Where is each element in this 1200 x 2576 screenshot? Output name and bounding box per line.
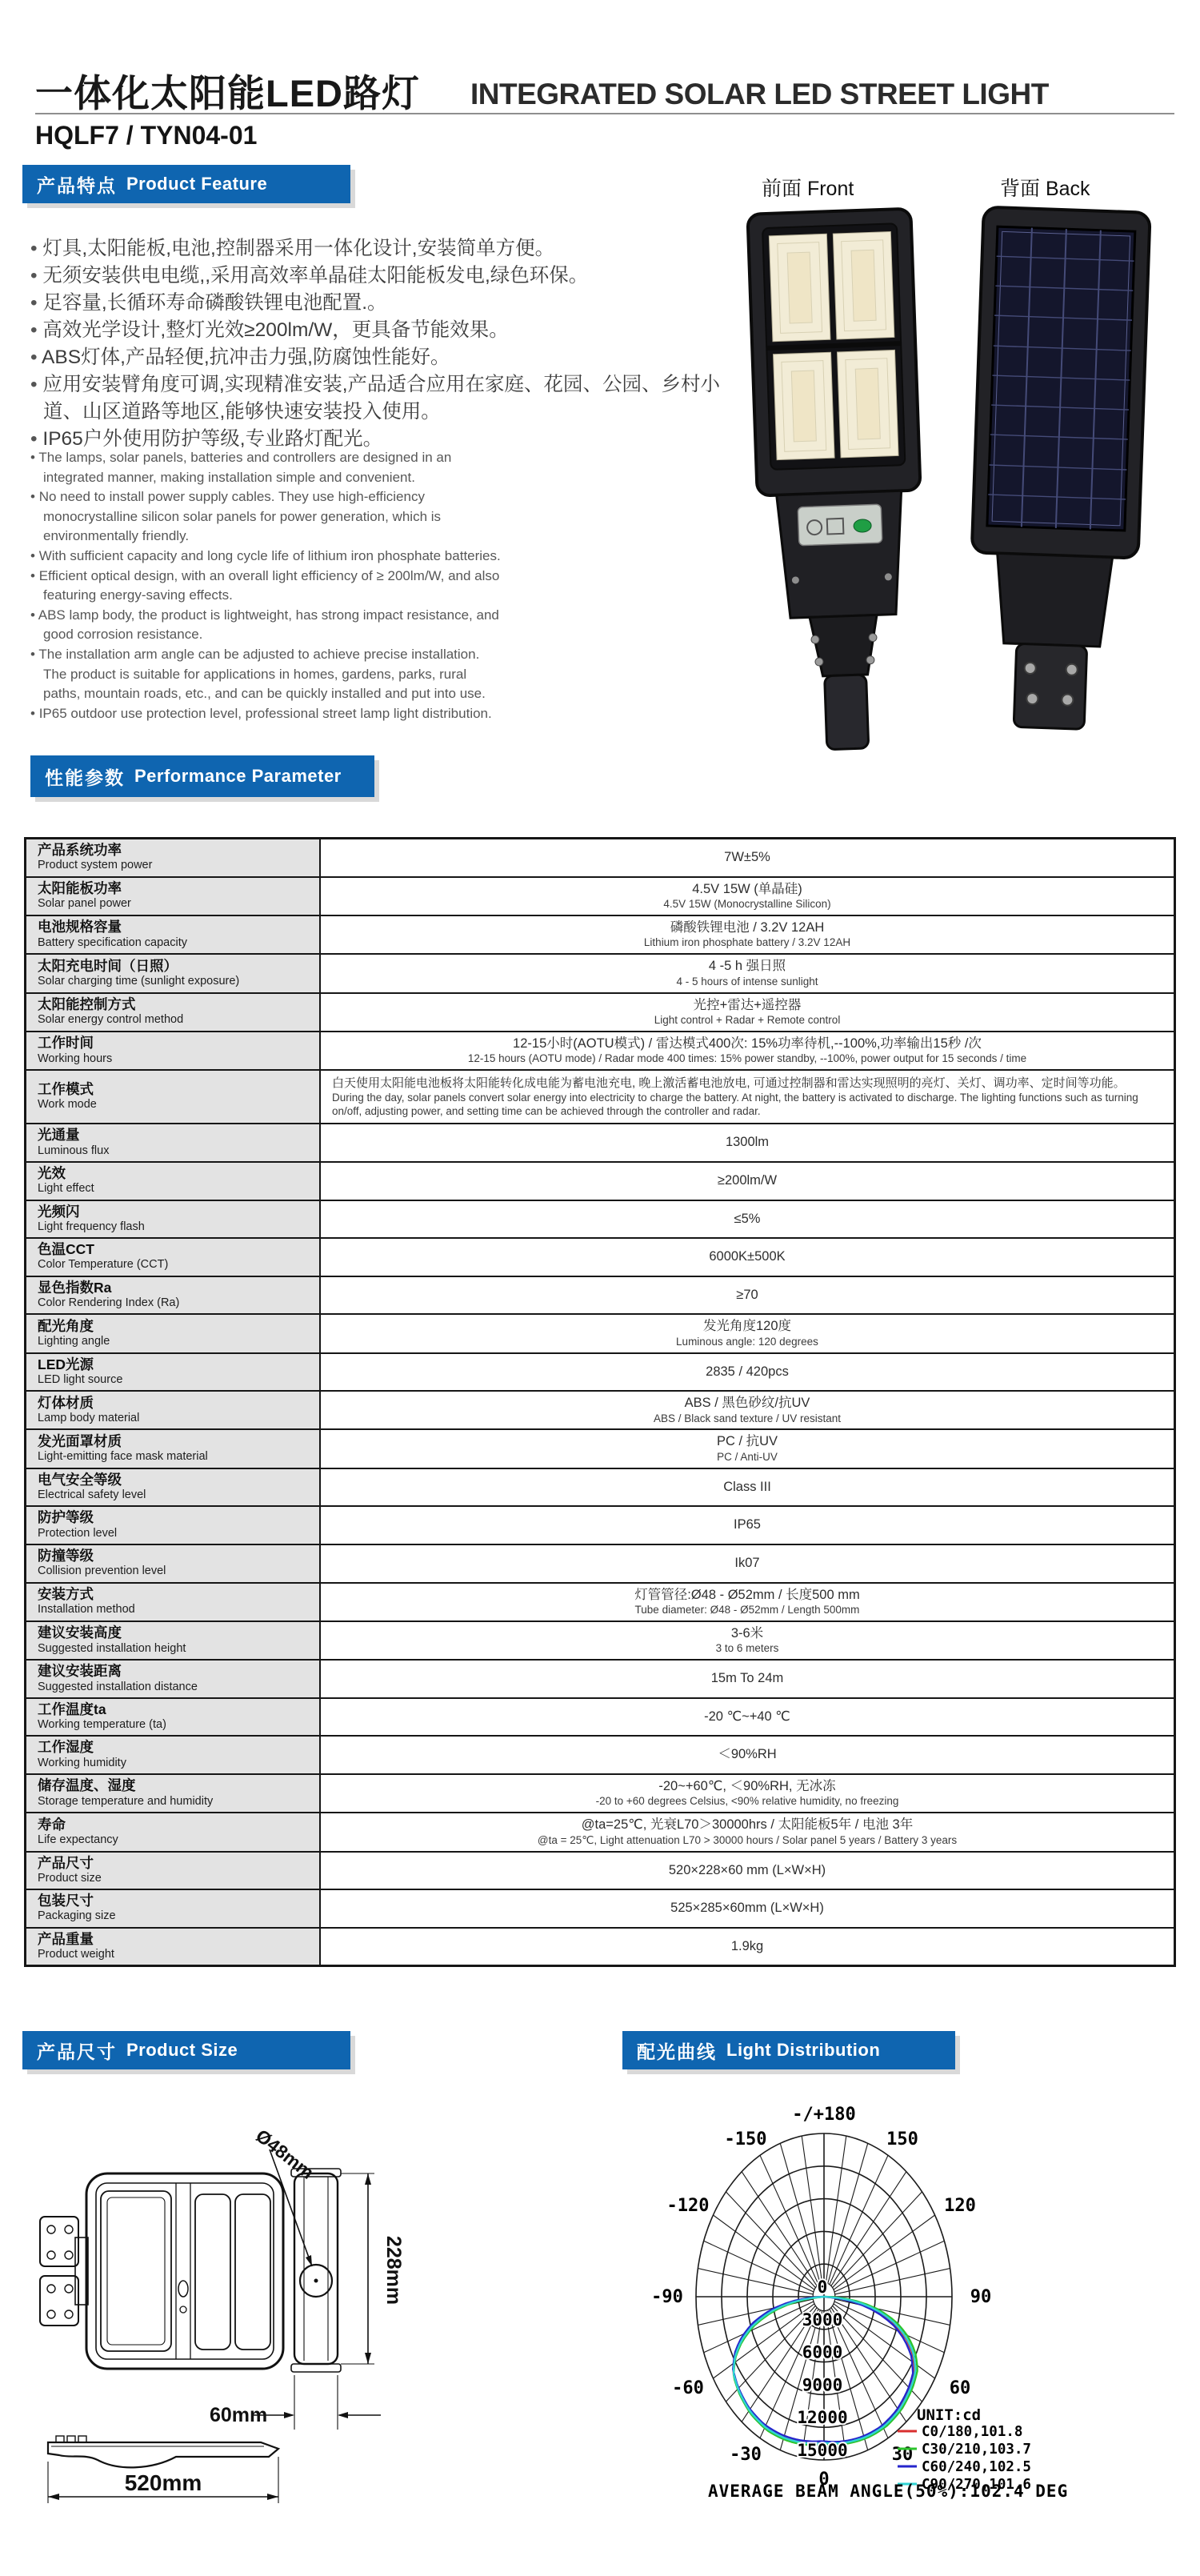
param-value-line: 1300lm [726, 1134, 769, 1151]
param-value-line: @ta=25℃, 光衰L70＞30000hrs / 太阳能板5年 / 电池 3年 [582, 1817, 913, 1833]
param-row: 色温CCTColor Temperature (CCT)6000K±500K [26, 1237, 1174, 1276]
parameter-table: 产品系统功率Product system power7W±5%太阳能板功率Sol… [24, 837, 1176, 1967]
param-label-cell: 储存温度、湿度Storage temperature and humidity [26, 1775, 321, 1812]
legend-title: UNIT:cd [917, 2406, 981, 2424]
param-label-en: Light effect [38, 1182, 310, 1195]
param-row: 光频闪Light frequency flash≤5% [26, 1200, 1174, 1238]
param-value-line: ABS / Black sand texture / UV resistant [654, 1412, 841, 1426]
param-value-cell: 7W±5% [321, 839, 1174, 876]
banner-feature-en: Product Feature [126, 174, 267, 194]
param-label-en: Luminous flux [38, 1144, 310, 1157]
param-label-cell: 灯体材质Lamp body material [26, 1392, 321, 1428]
param-label-en: Working temperature (ta) [38, 1718, 310, 1731]
section-banner-distribution: 配光曲线 Light Distribution [622, 2031, 955, 2069]
param-label-cell: 显色指数RaColor Rendering Index (Ra) [26, 1277, 321, 1314]
feature-item: Efficient optical design, with an overal… [30, 567, 506, 606]
param-value-cell: 3-6米3 to 6 meters [321, 1622, 1174, 1659]
control-label [798, 504, 882, 546]
angle-label: 90 [970, 2287, 992, 2307]
feature-item: No need to install power supply cables. … [30, 487, 506, 547]
param-value-cell: ABS / 黑色砂纹/抗UVABS / Black sand texture /… [321, 1392, 1174, 1428]
param-row: 显色指数RaColor Rendering Index (Ra)≥70 [26, 1276, 1174, 1314]
param-value-line: 2835 / 420pcs [706, 1364, 789, 1380]
datasheet-page: { "header": { "title_zh": "一体化太阳能LED路灯",… [0, 0, 1200, 2576]
angle-label: 150 [886, 2129, 918, 2149]
param-label-en: Color Rendering Index (Ra) [38, 1296, 310, 1309]
param-row: 电气安全等级Electrical safety levelClass III [26, 1468, 1174, 1506]
legend-entry: C60/240,102.5 [922, 2459, 1031, 2475]
param-value-line: 15m To 24m [711, 1670, 784, 1687]
param-label-zh: 太阳能板功率 [38, 880, 310, 897]
param-label-cell: 配光角度Lighting angle [26, 1315, 321, 1352]
param-label-en: Life expectancy [38, 1833, 310, 1846]
param-value-line: 磷酸铁锂电池 / 3.2V 12AH [670, 919, 825, 936]
param-label-en: LED light source [38, 1373, 310, 1386]
feature-item: The lamps, solar panels, batteries and c… [30, 448, 506, 487]
param-label-cell: 电池规格容量Battery specification capacity [26, 916, 321, 953]
param-row: 产品尺寸Product size520×228×60 mm (L×W×H) [26, 1851, 1174, 1889]
param-row: 储存温度、湿度Storage temperature and humidity-… [26, 1773, 1174, 1812]
param-value-cell: -20 ℃~+40 ℃ [321, 1699, 1174, 1736]
features-zh-list: 灯具,太阳能板,电池,控制器采用一体化设计,安装简单方便。无须安装供电电缆,,采… [30, 235, 734, 453]
param-label-cell: 建议安装高度Suggested installation height [26, 1622, 321, 1659]
radial-tick-label: 6000 [802, 2343, 843, 2362]
param-label-en: Lamp body material [38, 1412, 310, 1424]
param-row: 防撞等级Collision prevention levelIk07 [26, 1544, 1174, 1582]
param-label-cell: 防撞等级Collision prevention level [26, 1545, 321, 1582]
legend-entry: C30/210,103.7 [922, 2442, 1031, 2458]
param-label-zh: 寿命 [38, 1817, 310, 1833]
param-label-cell: 寿命Life expectancy [26, 1813, 321, 1850]
param-value-line: -20 ℃~+40 ℃ [704, 1709, 790, 1725]
feature-item: With sufficient capacity and long cycle … [30, 547, 506, 567]
param-label-zh: 电池规格容量 [38, 919, 310, 935]
param-value-line: 1.9kg [731, 1938, 763, 1955]
param-value-line: Tube diameter: Ø48 - Ø52mm / Length 500m… [635, 1604, 860, 1617]
param-label-en: Working hours [38, 1052, 310, 1065]
back-view-label: 背面 Back [1000, 173, 1090, 202]
param-value-cell: ≤5% [321, 1201, 1174, 1238]
param-value-cell: 发光角度120度Luminous angle: 120 degrees [321, 1315, 1174, 1352]
param-label-cell: 太阳能板功率Solar panel power [26, 878, 321, 915]
banner-performance-en: Performance Parameter [134, 766, 342, 787]
param-value-cell: 15m To 24m [321, 1661, 1174, 1697]
param-label-cell: 工作温度taWorking temperature (ta) [26, 1699, 321, 1736]
param-value-line: 4.5V 15W (Monocrystalline Silicon) [663, 898, 830, 911]
dim-label-height: 228mm [382, 2236, 405, 2305]
param-value-line: @ta = 25℃, Light attenuation L70 > 30000… [538, 1834, 957, 1848]
feature-item: 灯具,太阳能板,电池,控制器采用一体化设计,安装简单方便。 [30, 235, 734, 262]
param-value-cell: 6000K±500K [321, 1239, 1174, 1276]
param-row: 建议安装距离Suggested installation distance15m… [26, 1659, 1174, 1697]
param-value-line: PC / Anti-UV [717, 1451, 778, 1464]
front-view-label: 前面 Front [762, 173, 854, 202]
param-label-en: Protection level [38, 1527, 310, 1540]
param-label-cell: 太阳能控制方式Solar energy control method [26, 994, 321, 1031]
param-label-cell: 产品重量Product weight [26, 1929, 321, 1965]
param-label-zh: 太阳充电时间（日照） [38, 958, 310, 975]
param-row: 太阳充电时间（日照）Solar charging time (sunlight … [26, 953, 1174, 992]
param-row: LED光源LED light source2835 / 420pcs [26, 1352, 1174, 1391]
solar-panel [987, 226, 1135, 531]
param-value-line: Class III [723, 1479, 771, 1496]
param-label-en: Light-emitting face mask material [38, 1450, 310, 1463]
radial-tick-label: 15000 [797, 2441, 847, 2460]
radial-tick-label: 0 [818, 2278, 828, 2297]
param-row: 产品系统功率Product system power7W±5% [26, 839, 1174, 876]
param-value-line: 520×228×60 mm (L×W×H) [669, 1862, 826, 1879]
param-label-zh: 电气安全等级 [38, 1472, 310, 1488]
param-value-line: 7W±5% [724, 849, 770, 866]
param-label-en: Solar energy control method [38, 1013, 310, 1026]
back-view-photo [954, 198, 1162, 759]
param-label-zh: 光效 [38, 1165, 310, 1182]
param-label-cell: 工作模式Work mode [26, 1071, 321, 1123]
param-row: 电池规格容量Battery specification capacity磷酸铁锂… [26, 915, 1174, 953]
param-value-cell: 1.9kg [321, 1929, 1174, 1965]
param-label-cell: 光效Light effect [26, 1163, 321, 1200]
param-value-line: 4.5V 15W (单晶硅) [692, 881, 802, 898]
param-label-en: Light frequency flash [38, 1220, 310, 1233]
param-label-cell: 防护等级Protection level [26, 1507, 321, 1544]
param-label-zh: 储存温度、湿度 [38, 1777, 310, 1794]
param-label-cell: 产品尺寸Product size [26, 1853, 321, 1889]
param-label-zh: 包装尺寸 [38, 1893, 310, 1909]
param-value-line: 光控+雷达+遥控器 [694, 997, 802, 1014]
param-label-cell: 色温CCTColor Temperature (CCT) [26, 1239, 321, 1276]
param-label-cell: LED光源LED light source [26, 1354, 321, 1391]
param-label-zh: LED光源 [38, 1356, 310, 1373]
param-value-cell: 12-15小时(AOTU模式) / 雷达模式400次: 15%功率待机,--10… [321, 1032, 1174, 1069]
param-value-cell: 灯管管径:Ø48 - Ø52mm / 长度500 mmTube diameter… [321, 1584, 1174, 1621]
param-label-en: Color Temperature (CCT) [38, 1258, 310, 1271]
param-label-en: Working humidity [38, 1757, 310, 1769]
param-value-cell: ≥70 [321, 1277, 1174, 1314]
param-label-en: Work mode [38, 1098, 310, 1111]
param-label-en: Product system power [38, 859, 310, 871]
param-row: 工作模式Work mode白天使用太阳能电池板将太阳能转化成电能为蓄电池充电, … [26, 1069, 1174, 1123]
angle-label: 60 [950, 2378, 971, 2398]
param-label-zh: 工作模式 [38, 1081, 310, 1098]
param-label-zh: 发光面罩材质 [38, 1433, 310, 1450]
param-label-en: Suggested installation distance [38, 1681, 310, 1693]
param-value-line: PC / 抗UV [717, 1433, 778, 1450]
param-label-cell: 太阳充电时间（日照）Solar charging time (sunlight … [26, 955, 321, 992]
angle-label: -90 [651, 2287, 683, 2307]
param-row: 寿命Life expectancy@ta=25℃, 光衰L70＞30000hrs… [26, 1812, 1174, 1850]
param-value-line: 灯管管径:Ø48 - Ø52mm / 长度500 mm [634, 1587, 859, 1604]
page-title-zh: 一体化太阳能LED路灯 [35, 64, 420, 118]
header-rule [35, 113, 1174, 114]
param-label-en: Product size [38, 1872, 310, 1885]
dim-label-length: 520mm [125, 2470, 202, 2495]
param-label-cell: 建议安装距离Suggested installation distance [26, 1661, 321, 1697]
feature-item: 足容量,长循环寿命磷酸铁锂电池配置.。 [30, 290, 734, 317]
param-value-cell: 2835 / 420pcs [321, 1354, 1174, 1391]
size-drawing: Ø48mm 228mm 60mm 520mm [24, 2097, 584, 2561]
dim-label-depth: 60mm [210, 2404, 267, 2426]
page-title-en: INTEGRATED SOLAR LED STREET LIGHT [470, 78, 1049, 111]
feature-item: 无须安装供电电缆,,采用高效率单晶硅太阳能板发电,绿色环保。 [30, 262, 734, 290]
feature-item: ABS lamp body, the product is lightweigh… [30, 606, 506, 645]
param-value-line: 12-15小时(AOTU模式) / 雷达模式400次: 15%功率待机,--10… [513, 1036, 982, 1052]
param-label-en: Installation method [38, 1603, 310, 1616]
angle-label: 120 [944, 2196, 976, 2216]
param-label-zh: 建议安装距离 [38, 1663, 310, 1680]
param-value-line: 12-15 hours (AOTU mode) / Radar mode 400… [468, 1052, 1026, 1066]
param-label-cell: 包装尺寸Packaging size [26, 1890, 321, 1927]
param-value-line: -20 to +60 degrees Celsius, <90% relativ… [596, 1795, 899, 1809]
param-label-en: Product weight [38, 1948, 310, 1961]
param-label-en: Packaging size [38, 1909, 310, 1922]
param-value-line: ≤5% [734, 1211, 761, 1228]
param-value-line: 4 - 5 hours of intense sunlight [676, 976, 818, 989]
feature-item: The installation arm angle can be adjust… [30, 645, 506, 704]
param-label-zh: 工作温度ta [38, 1701, 310, 1718]
param-value-line: ABS / 黑色砂纹/抗UV [685, 1395, 810, 1412]
param-label-cell: 光频闪Light frequency flash [26, 1201, 321, 1238]
param-value-cell: 光控+雷达+遥控器Light control + Radar + Remote … [321, 994, 1174, 1031]
param-row: 建议安装高度Suggested installation height3-6米3… [26, 1621, 1174, 1659]
angle-label: -30 [730, 2445, 762, 2465]
param-row: 太阳能控制方式Solar energy control method光控+雷达+… [26, 992, 1174, 1031]
banner-size-zh: 产品尺寸 [37, 2037, 117, 2064]
param-row: 工作湿度Working humidity＜90%RH [26, 1735, 1174, 1773]
param-label-en: Battery specification capacity [38, 936, 310, 949]
param-value-line: 525×285×60mm (L×W×H) [670, 1900, 824, 1917]
param-value-line: During the day, solar panels convert sol… [332, 1092, 1162, 1119]
param-label-en: Collision prevention level [38, 1564, 310, 1577]
param-row: 包装尺寸Packaging size525×285×60mm (L×W×H) [26, 1889, 1174, 1927]
features-en-list: The lamps, solar panels, batteries and c… [30, 448, 506, 723]
param-label-zh: 光通量 [38, 1127, 310, 1144]
param-label-zh: 太阳能控制方式 [38, 996, 310, 1013]
param-label-en: Solar charging time (sunlight exposure) [38, 975, 310, 988]
param-value-cell: -20~+60℃, ＜90%RH, 无冰冻-20 to +60 degrees … [321, 1775, 1174, 1812]
param-label-en: Suggested installation height [38, 1642, 310, 1655]
radial-tick-label: 9000 [802, 2375, 843, 2394]
param-value-line: Luminous angle: 120 degrees [676, 1336, 818, 1349]
front-view-photo [734, 198, 942, 759]
banner-performance-zh: 性能参数 [45, 763, 125, 790]
param-value-cell: 白天使用太阳能电池板将太阳能转化成电能为蓄电池充电, 晚上激活蓄电池放电, 可通… [321, 1071, 1174, 1123]
param-value-cell: 4.5V 15W (单晶硅)4.5V 15W (Monocrystalline … [321, 878, 1174, 915]
param-label-zh: 显色指数Ra [38, 1280, 310, 1296]
param-value-line: Lithium iron phosphate battery / 3.2V 12… [644, 936, 850, 950]
param-value-cell: 525×285×60mm (L×W×H) [321, 1890, 1174, 1927]
param-label-zh: 建议安装高度 [38, 1625, 310, 1641]
param-value-cell: 磷酸铁锂电池 / 3.2V 12AHLithium iron phosphate… [321, 916, 1174, 953]
angle-label: -60 [672, 2378, 704, 2398]
param-value-line: Light control + Radar + Remote control [654, 1014, 841, 1028]
param-label-en: Lighting angle [38, 1335, 310, 1348]
param-label-cell: 电气安全等级Electrical safety level [26, 1469, 321, 1506]
chart-footer: AVERAGE BEAM ANGLE(50%):102.4 DEG [708, 2482, 1068, 2501]
section-banner-performance: 性能参数 Performance Parameter [30, 755, 374, 797]
param-value-line: 发光角度120度 [703, 1318, 791, 1335]
param-label-en: Storage temperature and humidity [38, 1795, 310, 1808]
feature-item: IP65 outdoor use protection level, profe… [30, 704, 506, 724]
param-value-line: Ik07 [734, 1555, 759, 1572]
param-value-cell: ＜90%RH [321, 1737, 1174, 1773]
banner-size-en: Product Size [126, 2040, 238, 2061]
param-label-zh: 产品尺寸 [38, 1855, 310, 1872]
param-label-cell: 工作时间Working hours [26, 1032, 321, 1069]
param-label-zh: 工作时间 [38, 1035, 310, 1052]
param-value-line: -20~+60℃, ＜90%RH, 无冰冻 [658, 1778, 835, 1795]
param-row: 太阳能板功率Solar panel power4.5V 15W (单晶硅)4.5… [26, 876, 1174, 915]
section-banner-feature: 产品特点 Product Feature [22, 165, 350, 203]
param-label-zh: 产品重量 [38, 1931, 310, 1948]
param-value-cell: Class III [321, 1469, 1174, 1506]
param-row: 配光角度Lighting angle发光角度120度Luminous angle… [26, 1313, 1174, 1352]
feature-item: 高效光学设计,整灯光效≥200lm/W，更具备节能效果。 [30, 317, 734, 344]
param-value-cell: 520×228×60 mm (L×W×H) [321, 1853, 1174, 1889]
feature-item: ABS灯体,产品轻便,抗冲击力强,防腐蚀性能好。 [30, 344, 734, 371]
param-label-cell: 发光面罩材质Light-emitting face mask material [26, 1430, 321, 1467]
param-label-en: Electrical safety level [38, 1488, 310, 1501]
param-value-cell: Ik07 [321, 1545, 1174, 1582]
param-label-zh: 工作湿度 [38, 1739, 310, 1756]
legend-entry: C0/180,101.8 [922, 2424, 1022, 2440]
param-label-cell: 光通量Luminous flux [26, 1124, 321, 1161]
radial-tick-label: 12000 [797, 2408, 847, 2427]
param-value-cell: ≥200lm/W [321, 1163, 1174, 1200]
angle-label: -120 [667, 2196, 710, 2216]
feature-item: 应用安装臂角度可调,实现精准安装,产品适合应用在家庭、花园、公园、乡村小道、山区… [30, 371, 734, 426]
param-label-zh: 产品系统功率 [38, 842, 310, 859]
param-label-en: Solar panel power [38, 897, 310, 910]
param-value-cell: 4 -5 h 强日照4 - 5 hours of intense sunligh… [321, 955, 1174, 992]
banner-feature-zh: 产品特点 [37, 171, 117, 198]
radial-tick-label: 3000 [802, 2310, 843, 2330]
param-value-line: ≥200lm/W [718, 1172, 777, 1189]
param-row: 安装方式Installation method灯管管径:Ø48 - Ø52mm … [26, 1582, 1174, 1621]
param-value-line: ＜90%RH [718, 1746, 776, 1763]
param-label-zh: 色温CCT [38, 1241, 310, 1258]
param-value-line: 4 -5 h 强日照 [709, 958, 786, 975]
param-row: 产品重量Product weight1.9kg [26, 1927, 1174, 1965]
param-row: 灯体材质Lamp body materialABS / 黑色砂纹/抗UVABS … [26, 1390, 1174, 1428]
param-label-cell: 安装方式Installation method [26, 1584, 321, 1621]
param-row: 光效Light effect≥200lm/W [26, 1161, 1174, 1200]
param-value-line: 6000K±500K [709, 1248, 785, 1265]
param-label-cell: 产品系统功率Product system power [26, 839, 321, 876]
light-distribution-chart: -/+180-150150-120120-9090-6060-303000300… [640, 2097, 1168, 2576]
param-label-zh: 灯体材质 [38, 1395, 310, 1412]
param-value-cell: @ta=25℃, 光衰L70＞30000hrs / 太阳能板5年 / 电池 3年… [321, 1813, 1174, 1850]
param-label-zh: 安装方式 [38, 1586, 310, 1603]
param-label-zh: 防撞等级 [38, 1548, 310, 1564]
banner-distribution-en: Light Distribution [726, 2040, 880, 2061]
model-number: HQLF7 / TYN04-01 [35, 121, 257, 150]
param-label-zh: 光频闪 [38, 1204, 310, 1220]
param-row: 防护等级Protection levelIP65 [26, 1505, 1174, 1544]
angle-label: -/+180 [792, 2105, 855, 2125]
param-value-cell: PC / 抗UVPC / Anti-UV [321, 1430, 1174, 1467]
banner-distribution-zh: 配光曲线 [637, 2037, 717, 2064]
param-row: 工作时间Working hours12-15小时(AOTU模式) / 雷达模式4… [26, 1031, 1174, 1069]
param-value-line: ≥70 [736, 1287, 758, 1304]
param-label-zh: 配光角度 [38, 1318, 310, 1335]
param-row: 光通量Luminous flux1300lm [26, 1123, 1174, 1161]
param-value-line: 3 to 6 meters [716, 1642, 779, 1656]
param-value-cell: 1300lm [321, 1124, 1174, 1161]
section-banner-size: 产品尺寸 Product Size [22, 2031, 350, 2069]
angle-label: -150 [725, 2129, 767, 2149]
param-label-zh: 防护等级 [38, 1509, 310, 1526]
param-value-line: 3-6米 [731, 1625, 763, 1642]
param-row: 发光面罩材质Light-emitting face mask materialP… [26, 1428, 1174, 1467]
param-value-cell: IP65 [321, 1507, 1174, 1544]
param-value-line: IP65 [734, 1516, 761, 1533]
param-row: 工作温度taWorking temperature (ta)-20 ℃~+40 … [26, 1697, 1174, 1736]
param-label-cell: 工作湿度Working humidity [26, 1737, 321, 1773]
param-value-line: 白天使用太阳能电池板将太阳能转化成电能为蓄电池充电, 晚上激活蓄电池放电, 可通… [332, 1076, 1126, 1092]
